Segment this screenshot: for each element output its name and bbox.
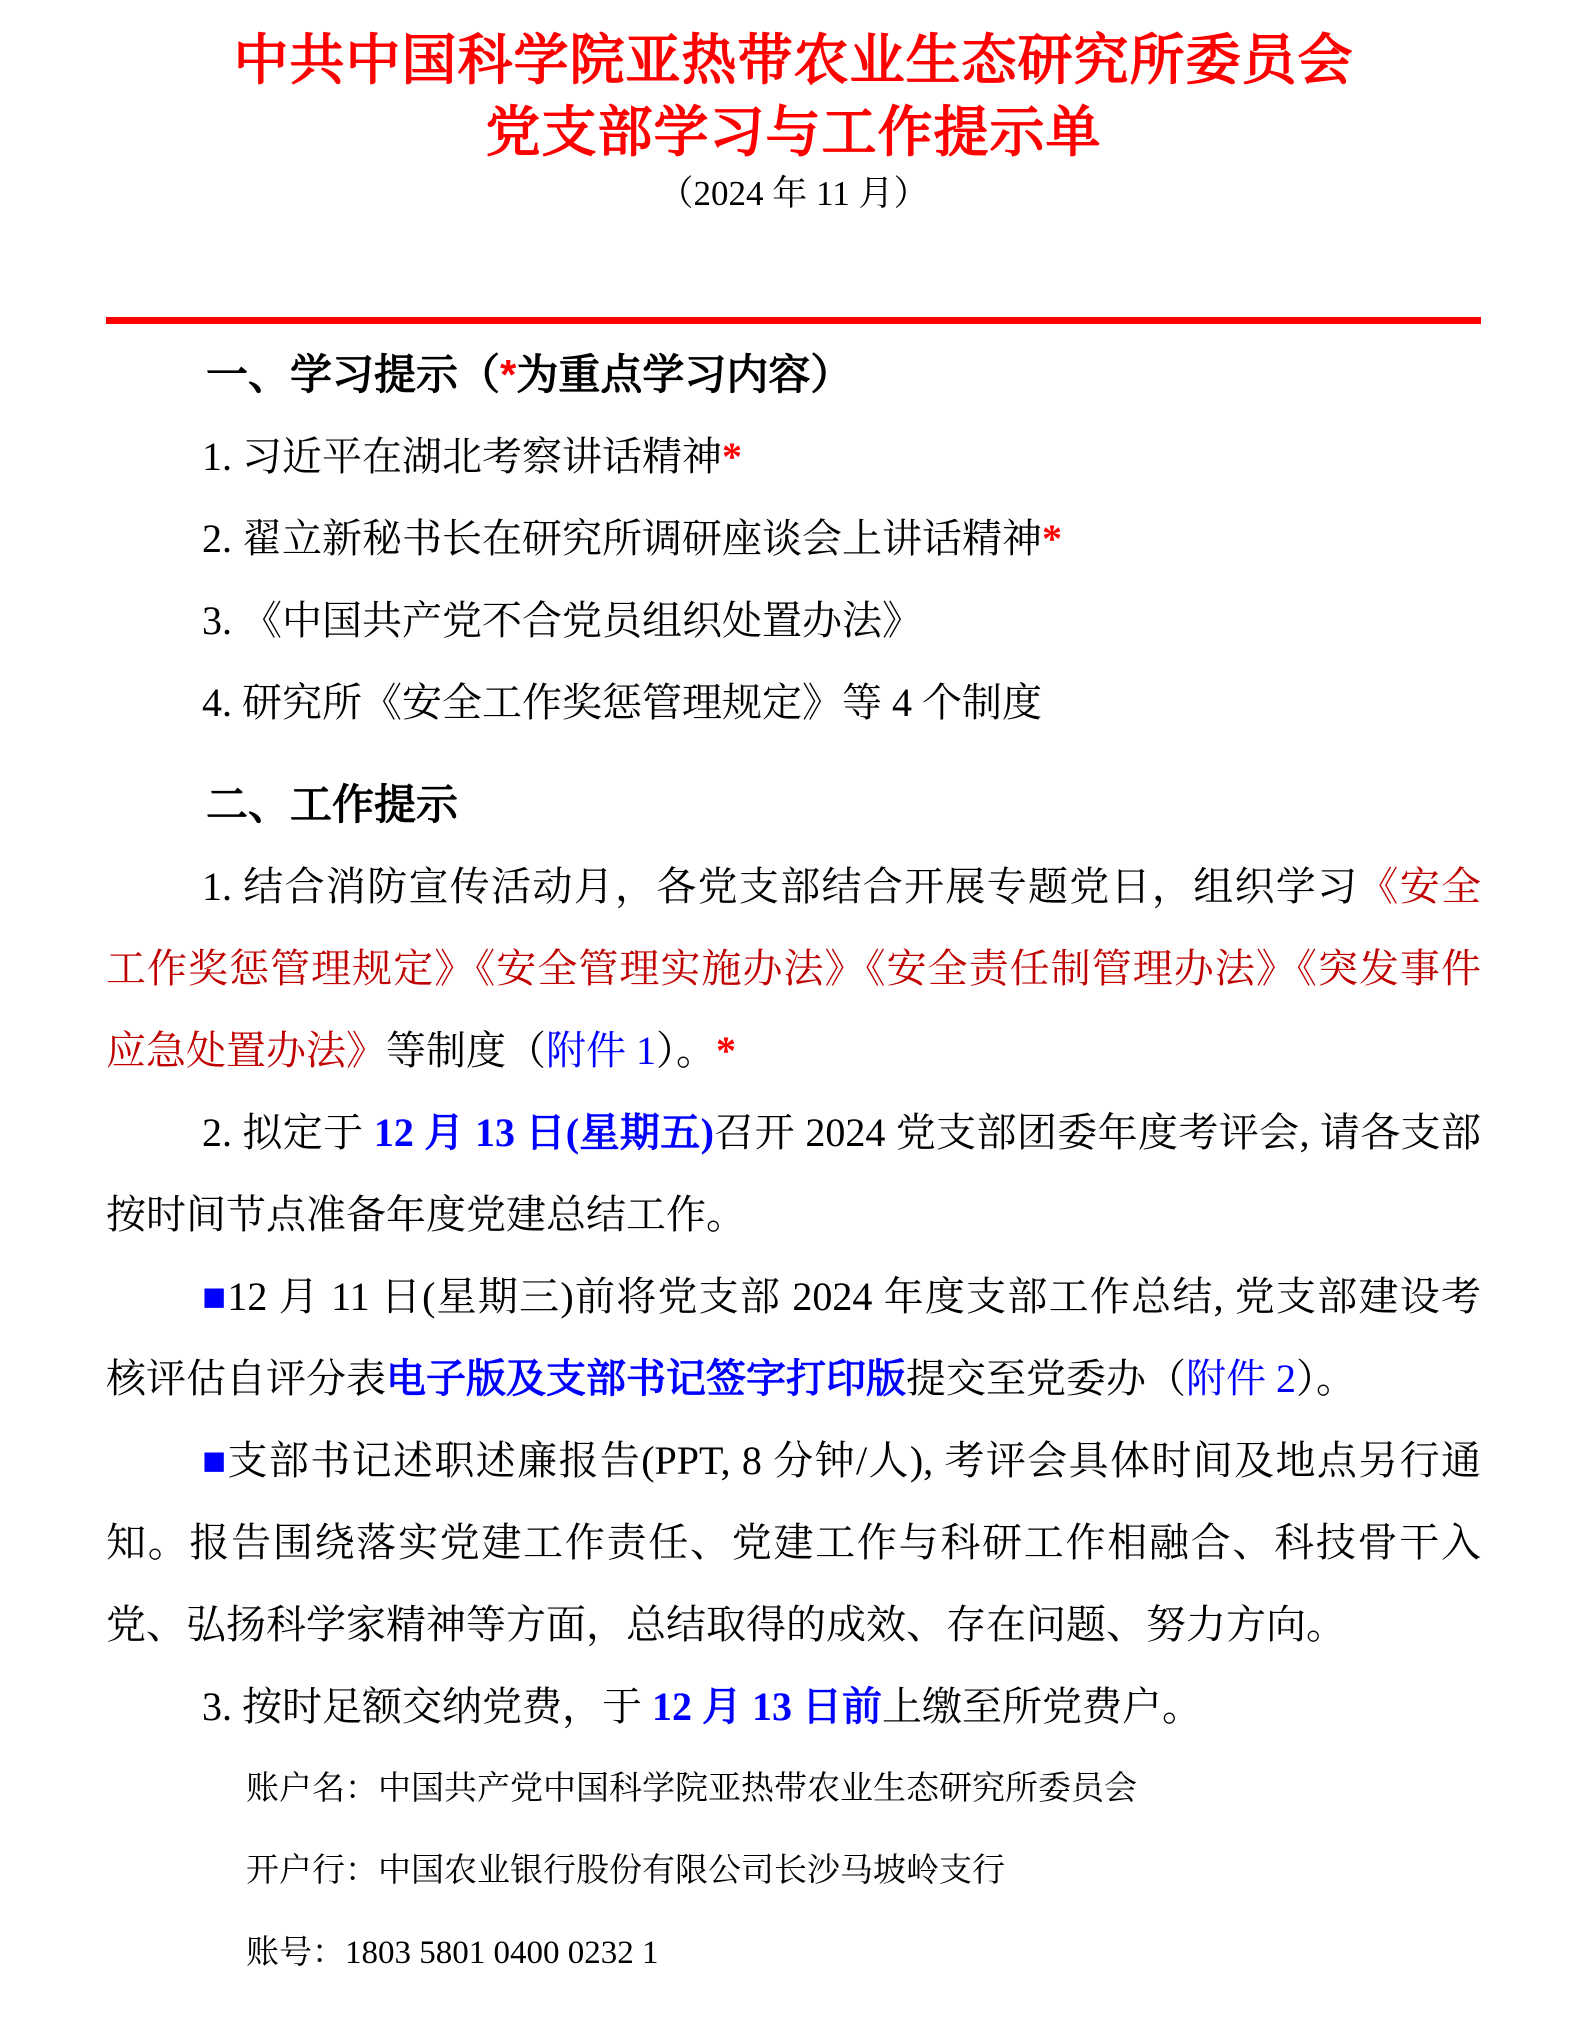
work-p2-deadline-date: 12 月 13 日(星期五) <box>374 1110 714 1155</box>
study-section-heading: 一、学习提示（*为重点学习内容） <box>106 334 1481 416</box>
work-paragraph-1: 1. 结合消防宣传活动月，各党支部结合开展专题党日，组织学习《安全工作奖惩管理规… <box>106 846 1481 1092</box>
date-line: （2024 年 11 月） <box>106 168 1481 220</box>
study-item-4-text: 4. 研究所《安全工作奖惩管理规定》等 4 个制度 <box>202 680 1042 725</box>
work-p1-text: 1. 结合消防宣传活动月，各党支部结合开展专题党日，组织学习 <box>202 864 1358 909</box>
work-paragraph-3: 3. 按时足额交纳党费，于 12 月 13 日前上缴至所党费户。 <box>106 1666 1481 1748</box>
work-p2-text: 2. 拟定于 <box>202 1110 374 1155</box>
emphasis-asterisk: * <box>500 351 516 398</box>
account-name-line: 账户名：中国共产党中国科学院亚热带农业生态研究所委员会 <box>106 1748 1481 1830</box>
study-heading-text-post: 为重点学习内容） <box>516 351 852 398</box>
attachment-2-link: 附件 2 <box>1186 1356 1296 1401</box>
work-b1-submission-format: 电子版及支部书记签字打印版 <box>386 1356 906 1401</box>
work-b1-text2: 提交至党委办（ <box>906 1356 1186 1401</box>
red-divider <box>106 317 1481 324</box>
work-p3-text2: 上缴至所党费户。 <box>882 1684 1202 1729</box>
work-p3-deadline-date: 12 月 13 日前 <box>652 1684 882 1729</box>
emphasis-asterisk: * <box>716 1028 736 1073</box>
study-item-4: 4. 研究所《安全工作奖惩管理规定》等 4 个制度 <box>106 662 1481 744</box>
work-p3-text: 3. 按时足额交纳党费，于 <box>202 1684 652 1729</box>
emphasis-asterisk: * <box>1042 516 1062 561</box>
work-p1-text2: 等制度（ <box>386 1028 546 1073</box>
emphasis-asterisk: * <box>722 434 742 479</box>
bullet-square-icon: ■ <box>202 1438 228 1483</box>
work-paragraph-2: 2. 拟定于 12 月 13 日(星期五)召开 2024 党支部团委年度考评会,… <box>106 1092 1481 1256</box>
bullet-square-icon: ■ <box>202 1274 227 1319</box>
study-item-3-text: 3. 《中国共产党不合党员组织处置办法》 <box>202 598 922 643</box>
page-title-line2: 党支部学习与工作提示单 <box>106 97 1481 169</box>
study-item-1-text: 1. 习近平在湖北考察讲话精神 <box>202 434 722 479</box>
study-heading-text-pre: 一、学习提示（ <box>206 351 500 398</box>
work-b2-text: 支部书记述职述廉报告(PPT, 8 分钟/人), 考评会具体时间及地点另行通知。… <box>106 1438 1481 1647</box>
document-body: 一、学习提示（*为重点学习内容） 1. 习近平在湖北考察讲话精神* 2. 翟立新… <box>106 334 1481 1994</box>
work-bullet-2: ■支部书记述职述廉报告(PPT, 8 分钟/人), 考评会具体时间及地点另行通知… <box>106 1420 1481 1666</box>
work-bullet-1: ■12 月 11 日(星期三)前将党支部 2024 年度支部工作总结, 党支部建… <box>106 1256 1481 1420</box>
title-block: 中共中国科学院亚热带农业生态研究所委员会 党支部学习与工作提示单 （2024 年… <box>106 25 1481 220</box>
work-b1-text3: ）。 <box>1296 1356 1356 1401</box>
study-item-1: 1. 习近平在湖北考察讲话精神* <box>106 416 1481 498</box>
document-page: 中共中国科学院亚热带农业生态研究所委员会 党支部学习与工作提示单 （2024 年… <box>0 0 1587 1994</box>
study-item-3: 3. 《中国共产党不合党员组织处置办法》 <box>106 580 1481 662</box>
study-item-2: 2. 翟立新秘书长在研究所调研座谈会上讲话精神* <box>106 498 1481 580</box>
work-p1-text3: ）。 <box>656 1028 716 1073</box>
page-title-line1: 中共中国科学院亚热带农业生态研究所委员会 <box>106 25 1481 97</box>
study-item-2-text: 2. 翟立新秘书长在研究所调研座谈会上讲话精神 <box>202 516 1042 561</box>
account-bank-line: 开户行：中国农业银行股份有限公司长沙马坡岭支行 <box>106 1830 1481 1912</box>
account-number-line: 账号：1803 5801 0400 0232 1 <box>106 1912 1481 1994</box>
attachment-1-link: 附件 1 <box>546 1028 656 1073</box>
work-section-heading: 二、工作提示 <box>106 764 1481 846</box>
